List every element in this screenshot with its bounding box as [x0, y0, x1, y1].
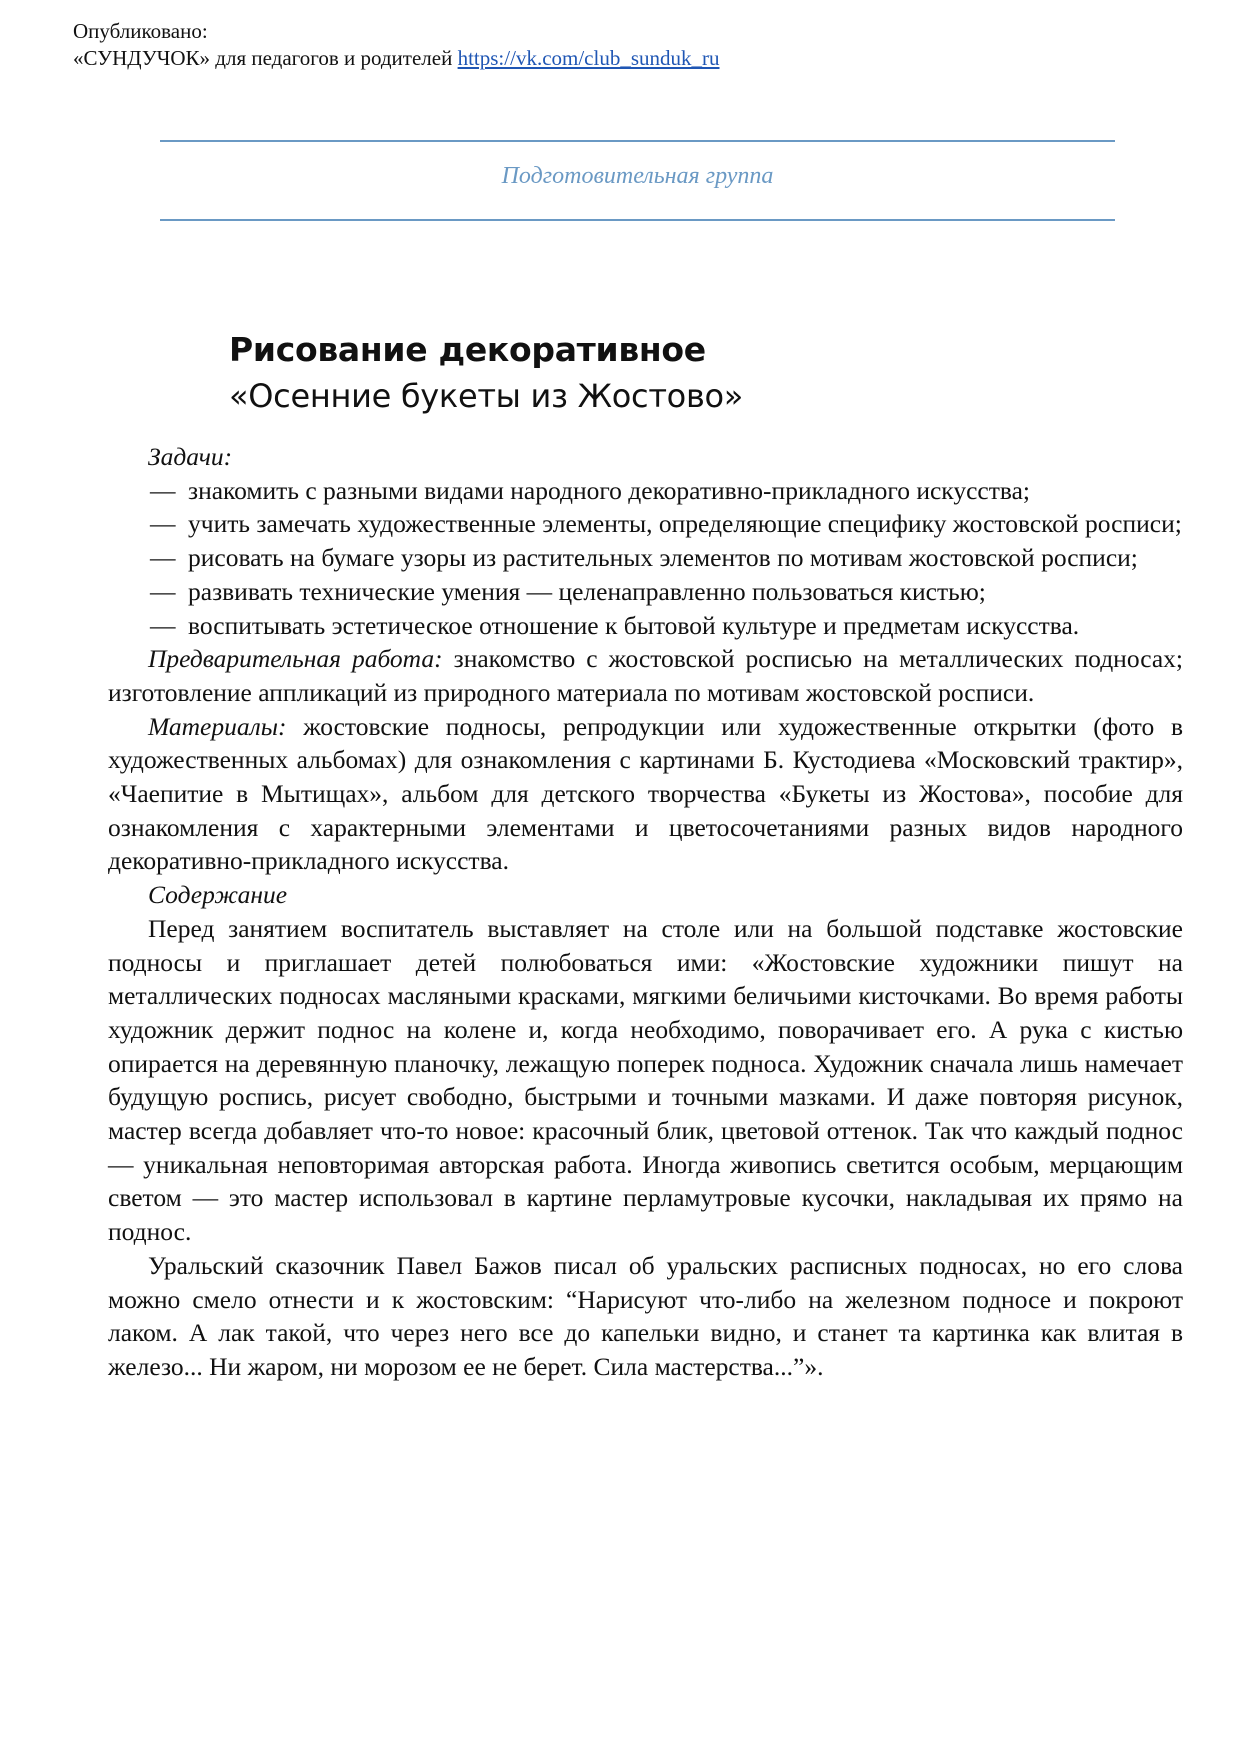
materials-label: Материалы:: [148, 712, 287, 741]
task-item: развивать технические умения — целенапра…: [150, 575, 1183, 609]
published-label: Опубликовано:: [73, 18, 720, 45]
materials: Материалы: жостовские подносы, репродукц…: [108, 710, 1183, 879]
preliminary-label: Предварительная работа:: [148, 644, 443, 673]
publication-note: Опубликовано: «СУНДУЧОК» для педагогов и…: [73, 18, 720, 72]
task-item: воспитывать эстетическое отношение к быт…: [150, 609, 1183, 643]
content-paragraph: Перед занятием воспитатель выставляет на…: [108, 912, 1183, 1249]
publisher-link[interactable]: https://vk.com/club_sunduk_ru: [458, 46, 720, 70]
content-paragraph: Уральский сказочник Павел Бажов писал об…: [108, 1249, 1183, 1384]
lesson-title: Рисование декоративное: [229, 330, 706, 369]
task-item: учить замечать художественные элементы, …: [150, 507, 1183, 541]
preliminary-work: Предварительная работа: знакомство с жос…: [108, 642, 1183, 709]
task-item: знакомить с разными видами народного дек…: [150, 474, 1183, 508]
group-header: Подготовительная группа: [160, 163, 1115, 190]
content-heading: Содержание: [108, 878, 1183, 912]
tasks-label: Задачи:: [108, 440, 1183, 474]
lesson-body: Задачи: знакомить с разными видами народ…: [108, 440, 1183, 1384]
tasks-list: знакомить с разными видами народного дек…: [108, 474, 1183, 643]
publisher-line: «СУНДУЧОК» для педагогов и родителей htt…: [73, 45, 720, 72]
task-item: рисовать на бумаге узоры из растительных…: [150, 541, 1183, 575]
header-rule-bottom: [160, 219, 1115, 221]
lesson-subtitle: «Осенние букеты из Жостово»: [229, 377, 743, 415]
header-rule-top: [160, 140, 1115, 142]
publisher-name: «СУНДУЧОК» для педагогов и родителей: [73, 46, 458, 70]
